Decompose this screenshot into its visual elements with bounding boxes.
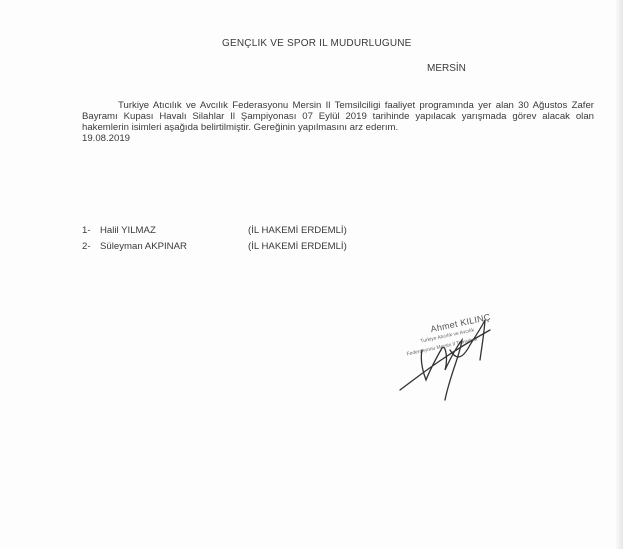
referee-role: (İL HAKEMİ ERDEMLİ) [248,239,347,255]
document-city: MERSİN [427,63,466,74]
document-body: Turkiye Atıcılık ve Avcılık Federasyonu … [82,100,594,144]
body-paragraph: Turkiye Atıcılık ve Avcılık Federasyonu … [82,100,594,133]
signature-block: Ahmet KILINÇ Turkiye Atıcılık ve Avcılık… [390,300,550,410]
document-page: GENÇLIK VE SPOR IL MUDURLUGUNE MERSİN Tu… [0,0,623,549]
page-edge-shadow [615,0,623,549]
document-title: GENÇLIK VE SPOR IL MUDURLUGUNE [222,38,412,49]
handwritten-signature-icon [390,300,550,410]
referee-name: Halil YILMAZ [100,223,248,239]
referee-role: (İL HAKEMİ ERDEMLİ) [248,223,347,239]
referee-item: 2- Süleyman AKPINAR (İL HAKEMİ ERDEMLİ) [82,239,347,255]
referee-number: 1- [82,223,100,239]
referee-item: 1- Halil YILMAZ (İL HAKEMİ ERDEMLİ) [82,223,347,239]
referee-number: 2- [82,239,100,255]
referee-list: 1- Halil YILMAZ (İL HAKEMİ ERDEMLİ) 2- S… [82,223,347,255]
document-date: 19.08.2019 [82,133,594,144]
referee-name: Süleyman AKPINAR [100,239,248,255]
